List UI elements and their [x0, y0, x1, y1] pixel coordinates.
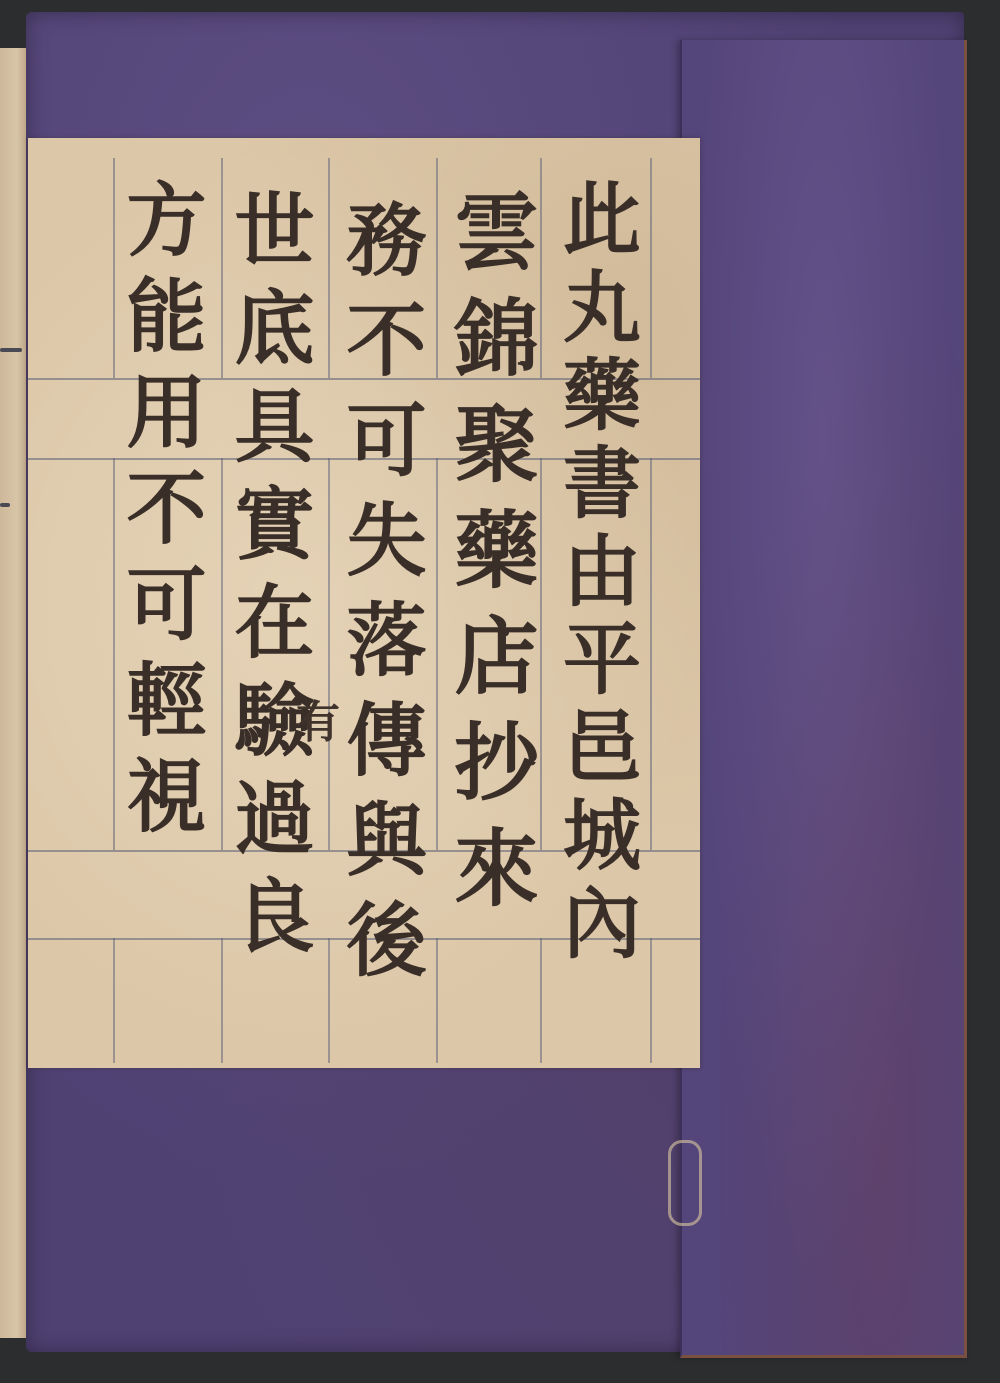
- cover-flap: [680, 40, 967, 1358]
- column-2: 雲錦聚藥店抄來: [448, 188, 532, 930]
- paper-label: 此丸藥書由平邑城內 雲錦聚藥店抄來 務不可失落傳與後 世底具實在驗過良 方能用不…: [28, 138, 700, 1068]
- column-1: 此丸藥書由平邑城內: [556, 178, 634, 970]
- text-columns: 此丸藥書由平邑城內 雲錦聚藥店抄來 務不可失落傳與後 世底具實在驗過良 方能用不…: [28, 138, 700, 1068]
- ink-mark: [0, 503, 10, 507]
- ink-mark: [0, 348, 22, 352]
- wear-mark: [668, 1140, 702, 1226]
- column-3: 務不可失落傳與後: [340, 198, 420, 998]
- column-4: 世底具實在驗過良: [228, 188, 308, 972]
- column-5: 方能用不可輕視: [120, 178, 200, 850]
- interlinear-note: 有: [296, 686, 340, 750]
